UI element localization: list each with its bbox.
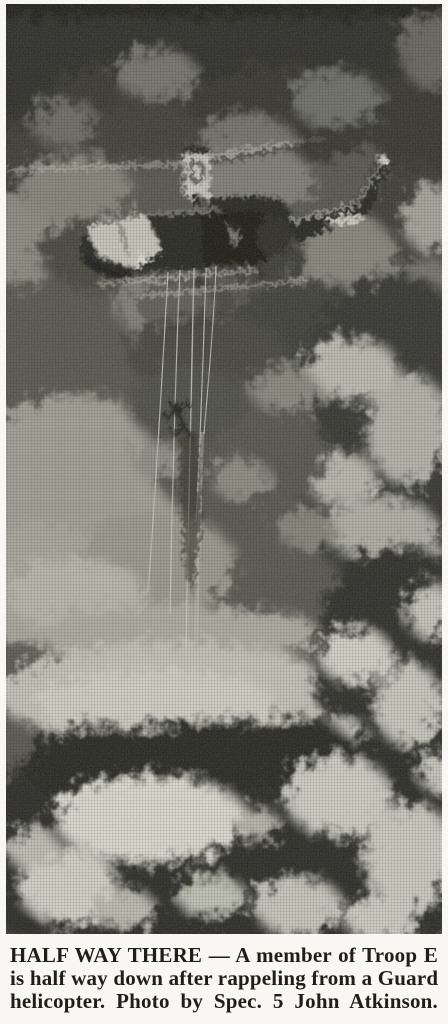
news-photo xyxy=(6,4,442,934)
newspaper-clipping: HALF WAY THERE — A member of Troop E is … xyxy=(0,0,448,1024)
film-grain xyxy=(6,4,442,934)
photo-caption-line: helicopter. Photo by Spec. 5 John Atkins… xyxy=(10,990,438,1013)
photo-caption-line: is half way down after rappeling from a … xyxy=(10,967,438,990)
photo-caption-line: HALF WAY THERE — A member of Troop E xyxy=(10,944,438,967)
photo-caption: HALF WAY THERE — A member of Troop E is … xyxy=(10,944,438,1013)
photo-illustration xyxy=(6,4,442,934)
